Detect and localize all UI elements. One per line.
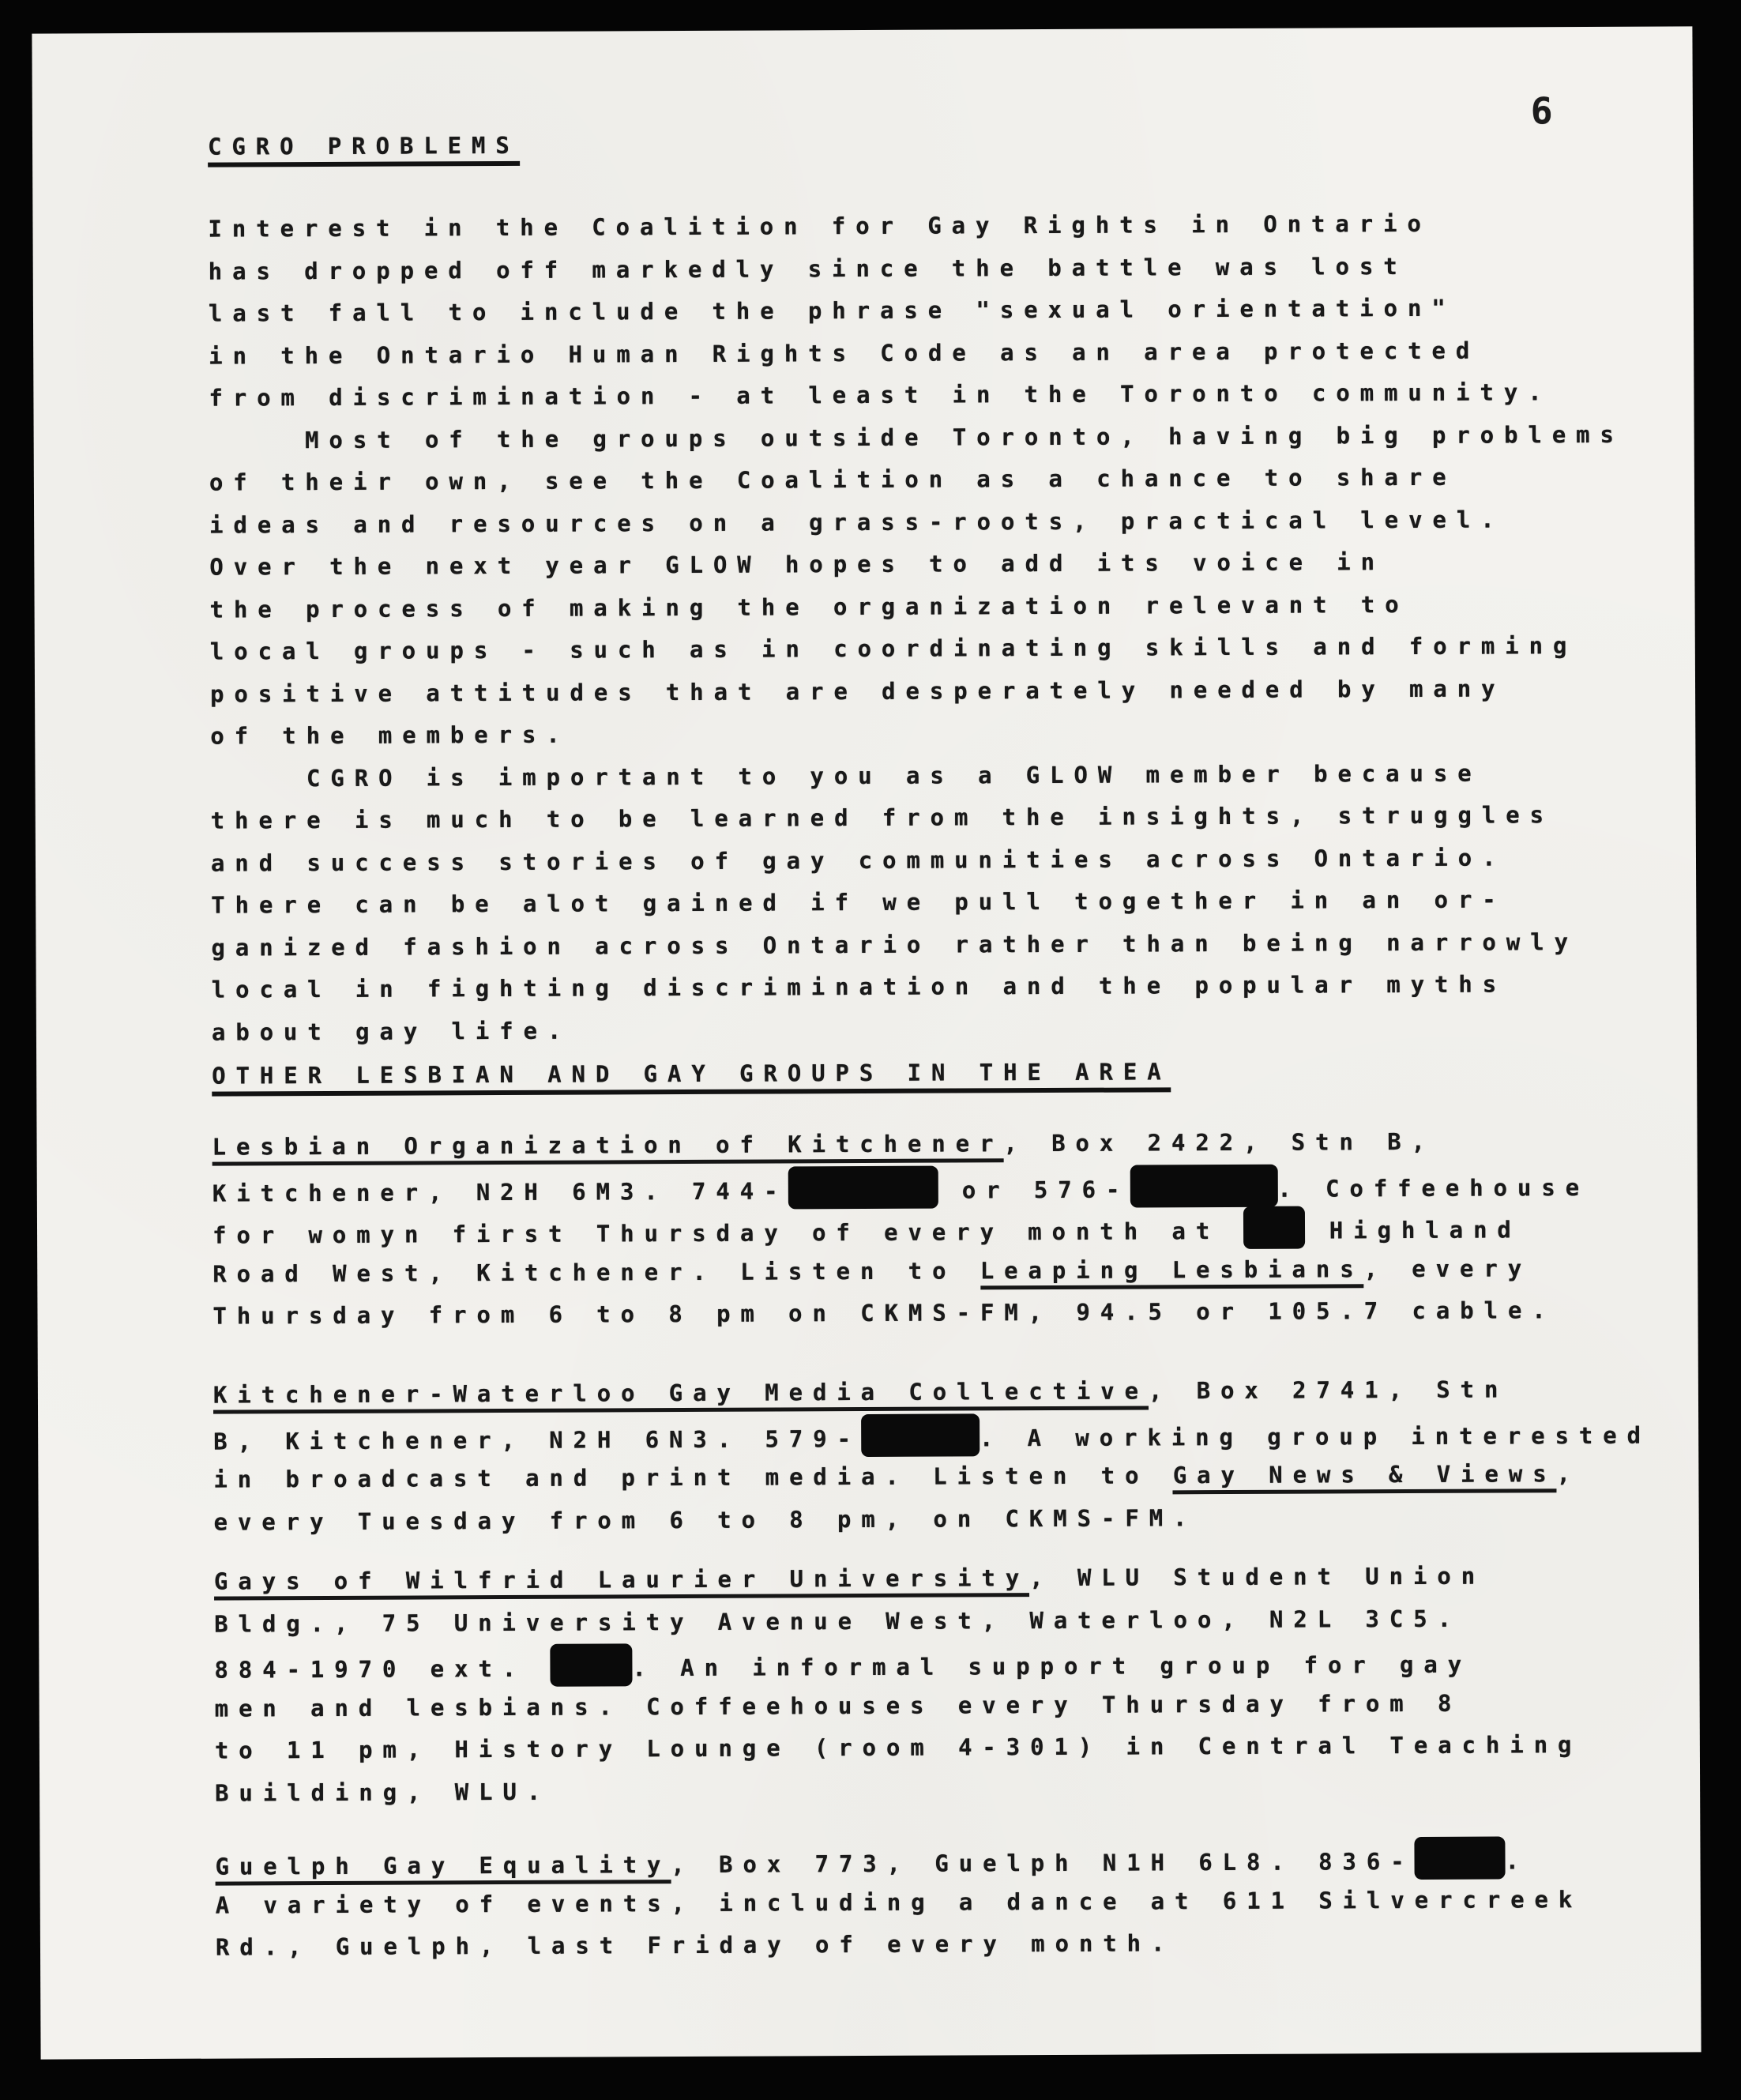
text-line: ganized fashion across Ontario rather th… — [211, 920, 1626, 969]
text-line: in the Ontario Human Rights Code as an a… — [209, 329, 1623, 377]
entry-guelph-gay-equality: Guelph Gay Equality, Box 773, Guelph N1H… — [215, 1836, 1582, 1969]
entry-gays-of-wilfrid-laurier-university: Gays of Wilfrid Laurier University, WLU … — [214, 1555, 1582, 1815]
redaction-box — [1414, 1836, 1505, 1880]
text-run: for womyn first Thursday of every month … — [212, 1217, 1244, 1249]
underlined-text: Gays of Wilfrid Laurier University — [214, 1564, 1029, 1601]
text-run: . — [1505, 1847, 1529, 1874]
text-line: local groups - such as in coordinating s… — [210, 625, 1625, 673]
text-line: from discrimination - at least in the To… — [209, 371, 1623, 420]
text-line: of the members. — [210, 709, 1625, 758]
redaction-box — [1130, 1164, 1277, 1207]
text-run: in the Ontario Human Rights Code as an a… — [209, 337, 1480, 369]
text-run: Over the next year GLOW hopes to add its… — [209, 548, 1385, 580]
redaction-box — [550, 1643, 632, 1686]
text-run: from discrimination - at least in the To… — [209, 378, 1551, 411]
entry-kitchener-waterloo-gay-media-collective: Kitchener-Waterloo Gay Media Collective,… — [213, 1368, 1652, 1544]
text-line: in broadcast and print media. Listen to … — [213, 1453, 1651, 1501]
underlined-text: Lesbian Organization of Kitchener — [212, 1130, 1003, 1165]
text-run: Road West, Kitchener. Listen to — [212, 1257, 980, 1287]
text-run: . An informal support group for gay — [632, 1651, 1472, 1682]
text-line: to 11 pm, History Lounge (room 4-301) in… — [215, 1724, 1582, 1772]
text-run: Thursday from 6 to 8 pm on CKMS-FM, 94.5… — [212, 1297, 1555, 1329]
text-run: of the members. — [210, 721, 570, 750]
text-run: Rd., Guelph, last Friday of every month. — [216, 1929, 1175, 1960]
text-line: CGRO is important to you as a GLOW membe… — [210, 751, 1625, 800]
underlined-text: Kitchener-Waterloo Gay Media Collective — [213, 1377, 1149, 1413]
text-run: , — [1556, 1460, 1581, 1487]
text-line: men and lesbians. Coffeehouses every Thu… — [215, 1682, 1582, 1730]
text-line: Kitchener-Waterloo Gay Media Collective,… — [213, 1368, 1651, 1417]
text-line: and success stories of gay communities a… — [211, 836, 1626, 884]
text-line: ideas and resources on a grass-roots, pr… — [209, 498, 1624, 546]
text-run: last fall to include the phrase "sexual … — [209, 295, 1456, 327]
redaction-box — [1243, 1206, 1305, 1249]
text-run: CGRO is important to you as a GLOW membe… — [210, 759, 1481, 792]
text-line: last fall to include the phrase "sexual … — [209, 287, 1623, 335]
text-line: of their own, see the Coalition as a cha… — [209, 456, 1624, 504]
text-run: , every — [1363, 1255, 1532, 1282]
doc-title-block: CGRO PROBLEMS — [208, 125, 520, 168]
text-run: ideas and resources on a grass-roots, pr… — [209, 506, 1505, 538]
text-run: men and lesbians. Coffeehouses every Thu… — [215, 1689, 1462, 1722]
text-run: about gay life. — [212, 1017, 572, 1045]
text-line: A variety of events, including a dance a… — [216, 1879, 1583, 1927]
document-page: 6 CGRO PROBLEMS Interest in the Coalitio… — [32, 26, 1701, 2059]
text-run: , WLU Student Union — [1029, 1563, 1485, 1592]
text-line: There can be alot gained if we pull toge… — [211, 879, 1626, 927]
text-run: Highland — [1305, 1216, 1521, 1244]
redaction-box — [788, 1165, 938, 1209]
text-run: . A working group interested — [980, 1421, 1651, 1451]
text-line: Building, WLU. — [215, 1767, 1582, 1815]
section-heading: OTHER LESBIAN AND GAY GROUPS IN THE AREA — [212, 1058, 1171, 1096]
doc-title: CGRO PROBLEMS — [208, 132, 520, 167]
text-run: There can be alot gained if we pull toge… — [211, 886, 1506, 918]
text-line: Bldg., 75 University Avenue West, Waterl… — [214, 1598, 1581, 1646]
text-run: A variety of events, including a dance a… — [216, 1886, 1583, 1919]
text-line: Over the next year GLOW hopes to add its… — [209, 540, 1624, 589]
text-run: local in fighting discrimination and the… — [212, 970, 1507, 1003]
text-run: or 576- — [938, 1176, 1130, 1203]
text-run: and success stories of gay communities a… — [211, 844, 1506, 876]
text-run: positive attitudes that are desperately … — [210, 675, 1506, 707]
text-line: Kitchener, N2H 6M3. 744- or 576-. Coffee… — [212, 1163, 1589, 1211]
text-line: every Tuesday from 6 to 8 pm, on CKMS-FM… — [214, 1495, 1652, 1543]
text-run: , Box 2422, Stn B, — [1003, 1128, 1435, 1157]
text-line: Road West, Kitchener. Listen to Leaping … — [212, 1248, 1589, 1296]
text-run: B, Kitchener, N2H 6N3. 579- — [213, 1425, 861, 1455]
text-run: Most of the groups outside Toronto, havi… — [209, 420, 1624, 453]
section-heading-block: OTHER LESBIAN AND GAY GROUPS IN THE AREA — [212, 1051, 1171, 1097]
text-line: Gays of Wilfrid Laurier University, WLU … — [214, 1555, 1581, 1603]
text-run: . Coffeehouse — [1277, 1174, 1589, 1202]
text-run: , Box 2741, Stn — [1149, 1376, 1509, 1404]
redaction-box — [861, 1413, 980, 1457]
text-line: local in fighting discrimination and the… — [212, 963, 1626, 1011]
text-line: B, Kitchener, N2H 6N3. 579-. A working g… — [213, 1410, 1651, 1458]
text-run: has dropped off markedly since the battl… — [209, 253, 1408, 285]
text-line: the process of making the organization r… — [209, 582, 1624, 630]
text-line: for womyn first Thursday of every month … — [212, 1205, 1589, 1253]
text-line: Interest in the Coalition for Gay Rights… — [208, 202, 1623, 250]
text-run: to 11 pm, History Lounge (room 4-301) in… — [215, 1731, 1582, 1764]
text-line: has dropped off markedly since the battl… — [209, 244, 1623, 292]
text-line: 884-1970 ext. . An informal support grou… — [214, 1639, 1581, 1688]
scanned-document: { "page": { "number": "6", "paper_color"… — [0, 0, 1741, 2100]
text-run: of their own, see the Coalition as a cha… — [209, 464, 1457, 496]
text-run: Kitchener, N2H 6M3. 744- — [212, 1177, 788, 1206]
text-run: in broadcast and print media. Listen to — [213, 1462, 1173, 1492]
text-line: Thursday from 6 to 8 pm on CKMS-FM, 94.5… — [212, 1289, 1589, 1338]
text-run: ganized fashion across Ontario rather th… — [211, 928, 1578, 962]
text-line: Rd., Guelph, last Friday of every month. — [216, 1921, 1583, 1969]
entry-lesbian-organization-of-kitchener: Lesbian Organization of Kitchener, Box 2… — [212, 1120, 1589, 1338]
text-line: Most of the groups outside Toronto, havi… — [209, 413, 1624, 461]
text-run: every Tuesday from 6 to 8 pm, on CKMS-FM… — [214, 1504, 1198, 1535]
page-number: 6 — [1531, 90, 1553, 133]
text-line: Guelph Gay Equality, Box 773, Guelph N1H… — [215, 1836, 1582, 1884]
text-run: , Box 773, Guelph N1H 6L8. 836- — [671, 1848, 1414, 1878]
text-run: local groups - such as in coordinating s… — [210, 632, 1577, 665]
text-run: Bldg., 75 University Avenue West, Waterl… — [214, 1605, 1461, 1637]
text-line: positive attitudes that are desperately … — [210, 667, 1625, 715]
text-run: Interest in the Coalition for Gay Rights… — [208, 210, 1431, 243]
body-paragraphs: Interest in the Coalition for Gay Rights… — [208, 202, 1626, 1054]
underlined-text: Guelph Gay Equality — [215, 1851, 671, 1886]
underlined-text: Leaping Lesbians — [980, 1255, 1364, 1289]
text-line: there is much to be learned from the ins… — [211, 794, 1626, 842]
text-run: there is much to be learned from the ins… — [211, 801, 1554, 834]
text-run: 884-1970 ext. — [214, 1655, 550, 1684]
text-line: Lesbian Organization of Kitchener, Box 2… — [212, 1120, 1589, 1169]
text-line: about gay life. — [212, 1005, 1626, 1053]
underlined-text: Gay News & Views — [1173, 1460, 1557, 1494]
text-run: Building, WLU. — [215, 1778, 551, 1806]
text-run: the process of making the organization r… — [210, 590, 1409, 623]
